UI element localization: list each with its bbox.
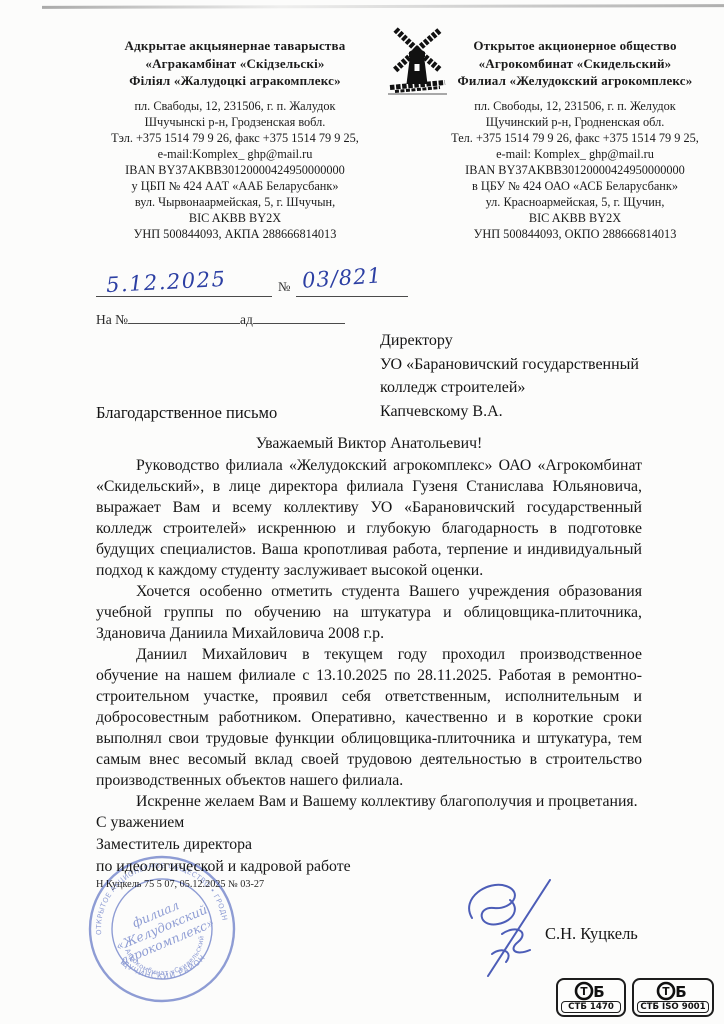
stb-logo-icon: Т Б xyxy=(573,981,609,1001)
addressee-block: Директору УО «Барановичский государствен… xyxy=(380,329,639,423)
addressee-org-line: колледж строителей» xyxy=(380,376,639,400)
letterhead-right: Открытое акционерное общество «Агрокомби… xyxy=(425,37,724,242)
org-address-line: Щучинский р-н, Гродненская обл. xyxy=(425,114,724,130)
org-address-line: Шчучынскі р-н, Гродзенская вобл. xyxy=(85,114,385,130)
number-sign-label: № xyxy=(278,279,290,295)
letterhead-left: Адкрытае акцыянернае таварыства «Агракам… xyxy=(85,37,385,242)
number-underline xyxy=(296,296,408,297)
signer-name: С.Н. Куцкель xyxy=(545,924,638,944)
reply-from-label: ад xyxy=(240,312,253,327)
handwritten-number: 03/821 xyxy=(301,263,382,293)
certification-badge-stb-iso-9001: Т Б СТБ ISO 9001 xyxy=(632,978,714,1017)
svg-text:Т: Т xyxy=(662,986,670,998)
document-title: Благодарственное письмо xyxy=(96,403,277,423)
org-name-line: «Агрокомбинат «Скидельский» xyxy=(425,55,724,73)
org-name-line: Филиал «Желудокский агрокомплекс» xyxy=(425,72,724,90)
svg-text:Б: Б xyxy=(675,983,686,1001)
org-iban-line: IBAN BY37AKBB30120000424950000000 xyxy=(85,162,385,178)
scanned-letter-page: Адкрытае акцыянернае таварыства «Агракам… xyxy=(0,0,724,1024)
badge-label: СТБ 1470 xyxy=(561,1001,621,1013)
org-email-line: e-mail: Komplex_ ghp@mail.ru xyxy=(425,146,724,162)
org-phone-line: Тел. +375 1514 79 9 26, факс +375 1514 7… xyxy=(425,130,724,146)
org-phone-line: Тэл. +375 1514 79 9 26, факс +375 1514 7… xyxy=(85,130,385,146)
org-email-line: e-mail:Komplex_ ghp@mail.ru xyxy=(85,146,385,162)
handwritten-date: 5.12.2025 xyxy=(105,267,226,297)
org-name-line: Открытое акционерное общество xyxy=(425,37,724,55)
org-bank-address-line: вул. Чырвонаармейская, 5, г. Шчучын, xyxy=(85,194,385,210)
org-unp-line: УНП 500844093, АКПА 288666814013 xyxy=(85,226,385,242)
scan-artifact-top-edge xyxy=(42,4,724,8)
org-bic-line: BIC AKBB BY2X xyxy=(85,210,385,226)
salutation: Уважаемый Виктор Анатольевич! xyxy=(96,433,642,454)
certification-badge-stb-1470: Т Б СТБ 1470 xyxy=(556,978,626,1017)
org-name-line: Адкрытае акцыянернае таварыства xyxy=(85,37,385,55)
reply-date-underline xyxy=(253,323,345,324)
body-paragraph: Хочется особенно отметить студента Вашег… xyxy=(96,581,642,644)
body-paragraph: Даниил Михайлович в текущем году проходи… xyxy=(96,644,642,791)
letter-body: Уважаемый Виктор Анатольевич! Руководств… xyxy=(96,433,642,891)
org-name-line: «Агракамбінат «Скідзельскі» xyxy=(85,55,385,73)
org-name-line: Філіял «Жалудоцкі агракомплекс» xyxy=(85,72,385,90)
svg-text:Т: Т xyxy=(580,986,588,998)
addressee-org-line: УО «Барановичский государственный xyxy=(380,353,639,377)
addressee-person: Капчевскому В.А. xyxy=(380,400,639,424)
reply-reference-row: На №ад xyxy=(96,312,345,328)
org-bank-address-line: ул. Красноармейская, 5, г. Щучин, xyxy=(425,194,724,210)
org-bic-line: BIC AKBB BY2X xyxy=(425,210,724,226)
reply-label: На № xyxy=(96,312,128,327)
company-stamp: ОТКРЫТОЕ АКЦИОНЕРНОЕ ОБЩЕСТВО • ГРОДНЕНС… xyxy=(75,842,249,1016)
date-underline xyxy=(96,296,272,297)
body-paragraph: Искренне желаем Вам и Вашему коллективу … xyxy=(96,791,642,812)
org-iban-line: IBAN BY37AKBB30120000424950000000 xyxy=(425,162,724,178)
closing-regards: С уважением xyxy=(96,812,642,834)
org-bank-line: у ЦБП № 424 ААТ «ААБ Беларусбанк» xyxy=(85,178,385,194)
svg-text:Б: Б xyxy=(593,983,604,1001)
addressee-title: Директору xyxy=(380,329,639,353)
org-unp-line: УНП 500844093, ОКПО 288666814013 xyxy=(425,226,724,242)
org-address-line: пл. Свабоды, 12, 231506, г. п. Жалудок xyxy=(85,98,385,114)
org-bank-line: в ЦБУ № 424 ОАО «АСБ Беларусбанк» xyxy=(425,178,724,194)
org-address-line: пл. Свободы, 12, 231506, г. п. Желудок xyxy=(425,98,724,114)
body-paragraph: Руководство филиала «Желудокский агроком… xyxy=(96,455,642,581)
badge-label: СТБ ISO 9001 xyxy=(637,1001,709,1013)
reply-number-underline xyxy=(128,323,240,324)
stb-logo-icon: Т Б xyxy=(655,981,691,1001)
